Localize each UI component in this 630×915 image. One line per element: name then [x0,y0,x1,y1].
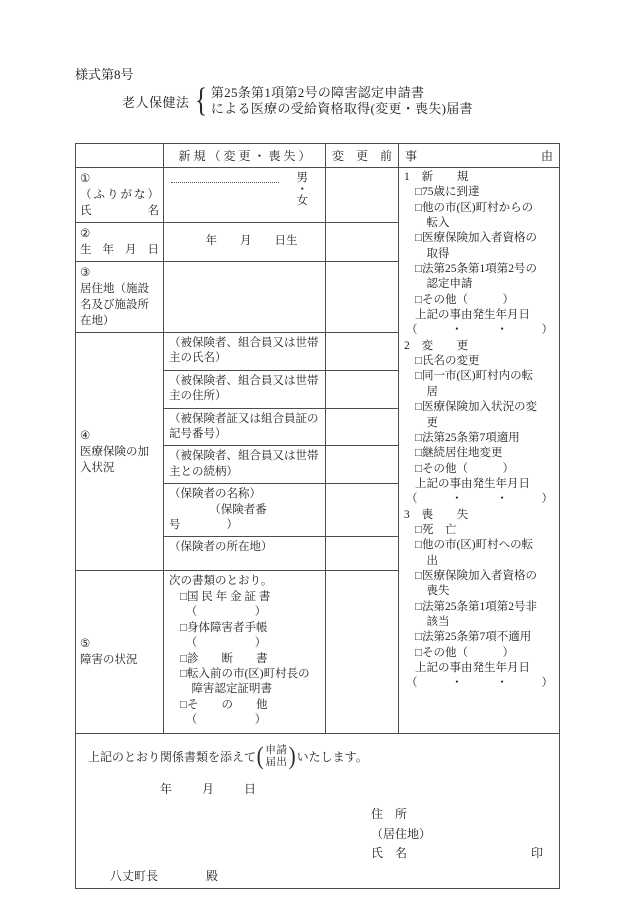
disability-label: 障害の状況 [80,652,159,668]
applicant-block: 住 所 （居住地） 氏 名 印 [371,805,547,864]
insured-relationship-label: （被保険者、組合員又は世帯 主との続柄） [164,446,326,484]
row-residence-label: ③ 居住地（施設 名及び施設所 在地） [76,262,164,333]
disability-documents-cell: 次の書類のとおり。 □国 民 年 金 証 書 （ ） □身体障害者手帳 （ ） … [164,571,326,734]
form-title-line1: 第25条第1項第2号の障害認定申請書 [211,85,473,102]
before-change-cell[interactable] [326,408,399,446]
form-number: 様式第8号 [75,64,134,83]
reason-section-change: 2 変 更 □氏名の変更 □同一市(区)町村内の転 居 □医療保険加入状況の変 … [404,339,555,508]
row-disability-label: ⑤ 障害の状況 [76,571,164,734]
table-header-row: 新 規 （ 変 更 ・ 喪 失 ） 変 更 前 事 由 [76,144,560,168]
reason-date-new[interactable]: （ ・ ・ ） [404,323,555,338]
insurance-label: 医療保険の加 入状況 [80,444,159,476]
before-change-cell[interactable] [326,537,399,571]
before-change-cell[interactable] [326,223,399,262]
before-change-cell[interactable] [326,262,399,333]
row-birthdate-label: ② 生 年 月 日 [76,223,164,262]
reason-section-new: 1 新 規 □75歳に到達 □他の市(区)町村からの 転入 □医療保険加入者資格… [404,170,555,339]
declaration-post: いたします。 [297,748,368,765]
reason-checklist-change[interactable]: □氏名の変更 □同一市(区)町村内の転 居 □医療保険加入状況の変 更 □法第2… [404,354,555,492]
addressee-line: 八丈町長 殿 [110,867,547,884]
row-number: ③ [80,265,159,281]
reason-section-loss: 3 喪 失 □死 亡 □他の市(区)町村への転 出 □医療保険加入者資格の 喪失… [404,508,555,692]
reason-date-loss[interactable]: （ ・ ・ ） [404,676,555,691]
form-title-line2: による医療の受給資格取得(変更・喪失)届書 [211,101,473,118]
open-bracket-icon: ( [257,744,264,769]
apply-notify-options: 申請 届出 [265,745,287,768]
footer-cell: 上記のとおり関係書類を添えて ( 申請 届出 ) いたします。 年 月 日 住 … [76,734,560,889]
header-empty-cell [76,144,164,168]
furigana-dotted-line [171,172,279,183]
declaration-line: 上記のとおり関係書類を添えて ( 申請 届出 ) いたします。 [88,744,547,769]
form-title-lines: 第25条第1項第2号の障害認定申請書 による医療の受給資格取得(変更・喪失)届書 [211,85,473,118]
row-insurance-label: ④ 医療保険の加 入状況 [76,333,164,571]
insured-card-number-label: （被保険者証又は組合員証の 記号番号） [164,408,326,446]
form-title: 老人保健法 { 第25条第1項第2号の障害認定申請書 による医療の受給資格取得(… [122,84,473,118]
reason-column: 1 新 規 □75歳に到達 □他の市(区)町村からの 転入 □医療保険加入者資格… [399,168,560,734]
footer-section: 上記のとおり関係書類を添えて ( 申請 届出 ) いたします。 年 月 日 住 … [76,734,560,889]
close-bracket-icon: ) [289,744,296,769]
address-label[interactable]: 住 所 [371,805,547,825]
row-name: ① （ふりがな） 氏 名 男 ・ 女 1 新 規 □75歳に到達 □他の市(区)… [76,168,560,223]
row-number: ① [80,171,159,187]
brace-icon: { [195,84,207,118]
application-form-table: 新 規 （ 変 更 ・ 喪 失 ） 変 更 前 事 由 ① （ふりがな） 氏 名… [75,143,560,889]
row-number: ② [80,226,159,242]
before-change-cell[interactable] [326,484,399,537]
reason-checklist-new[interactable]: □75歳に到達 □他の市(区)町村からの 転入 □医療保険加入者資格の 取得 □… [404,185,555,323]
form-title-law: 老人保健法 [122,92,190,111]
gender-selector[interactable]: 男 ・ 女 [297,171,309,208]
insured-name-label: （被保険者、組合員又は世帯 主の氏名） [164,333,326,371]
row-number: ④ [80,428,159,444]
insurer-name-label: （保険者の名称） （保険者番号 ） [164,484,326,537]
documents-checklist[interactable]: □国 民 年 金 証 書 （ ） □身体障害者手帳 （ ） □診 断 書 □転入… [169,590,320,729]
insured-address-label: （被保険者、組合員又は世帯 主の住所） [164,370,326,408]
option-apply: 申請 [265,745,287,757]
reason-section-title: 3 喪 失 [404,508,555,523]
submission-date-field[interactable]: 年 月 日 [160,780,547,797]
furigana-label: （ふりがな） [80,187,159,203]
insurer-location-label: （保険者の所在地） [164,537,326,571]
residence-label: 居住地（施設 名及び施設所 在地） [80,281,159,329]
header-new: 新 規 （ 変 更 ・ 喪 失 ） [164,144,326,168]
reason-date-change[interactable]: （ ・ ・ ） [404,492,555,507]
name-input-cell[interactable]: 男 ・ 女 [164,168,326,223]
applicant-name-label[interactable]: 氏 名 [371,844,407,864]
documents-intro: 次の書類のとおり。 [169,574,320,589]
header-before-change: 変 更 前 [326,144,399,168]
reason-checklist-loss[interactable]: □死 亡 □他の市(区)町村への転 出 □医療保険加入者資格の 喪失 □法第25… [404,523,555,676]
before-change-cell[interactable] [326,168,399,223]
birthdate-input-cell[interactable]: 年 月 日生 [164,223,326,262]
before-change-cell[interactable] [326,370,399,408]
declaration-pre: 上記のとおり関係書類を添えて [88,748,256,765]
before-change-cell[interactable] [326,571,399,734]
residence-sublabel: （居住地） [371,825,547,845]
before-change-cell[interactable] [326,333,399,371]
header-reason: 事 由 [399,144,560,168]
residence-input-cell[interactable] [164,262,326,333]
reason-section-title: 1 新 規 [404,170,555,185]
reason-section-title: 2 変 更 [404,339,555,354]
option-notify: 届出 [265,757,287,769]
before-change-cell[interactable] [326,446,399,484]
applicant-name-line: 氏 名 印 [371,844,543,864]
form-page: 様式第8号 老人保健法 { 第25条第1項第2号の障害認定申請書 による医療の受… [0,0,630,915]
row-number: ⑤ [80,636,159,652]
name-label: 氏 名 [80,203,159,219]
birthdate-label: 生 年 月 日 [80,242,159,258]
row-name-label: ① （ふりがな） 氏 名 [76,168,164,223]
seal-mark: 印 [531,844,543,864]
